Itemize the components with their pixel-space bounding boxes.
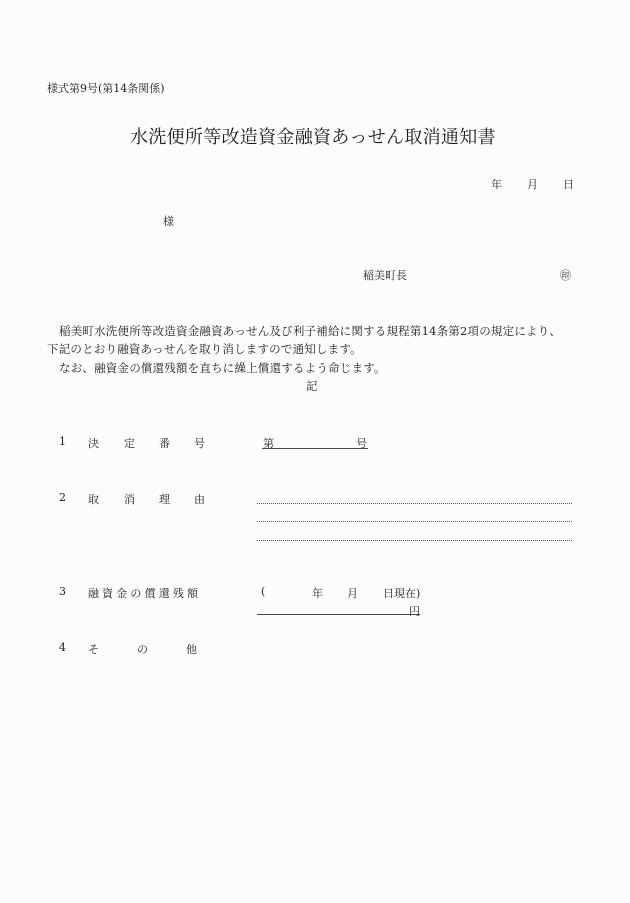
document-title: 水洗便所等改造資金融資あっせん取消通知書	[130, 123, 496, 149]
balance-label: 融 資 金 の 償 還 残 額	[88, 585, 198, 601]
label-char: 号	[194, 435, 205, 451]
label-char: 金	[116, 585, 127, 601]
decision-number-field[interactable]	[262, 448, 368, 449]
label-char: の	[130, 585, 141, 601]
label-char: 他	[186, 641, 197, 657]
label-char: 還	[159, 585, 170, 601]
label-char: 残	[173, 585, 184, 601]
label-char: 取	[88, 491, 99, 507]
label-char: 由	[194, 491, 205, 507]
body-line-1: 稲美町水洗便所等改造資金融資あっせん及び利子補給に関する規程第14条第2項の規定…	[59, 323, 561, 339]
cancel-reason-line-3[interactable]	[257, 540, 572, 541]
balance-date-day: 日現在)	[383, 585, 420, 601]
label-char: 番	[159, 435, 170, 451]
currency-unit: 円	[409, 603, 420, 619]
label-char: そ	[88, 641, 99, 657]
label-char: 融	[88, 585, 99, 601]
label-char: 消	[124, 491, 135, 507]
balance-date-month: 月	[347, 585, 358, 601]
label-char: 償	[145, 585, 156, 601]
ki-heading: 記	[306, 378, 318, 394]
label-char: の	[137, 641, 148, 657]
cancel-reason-line-1[interactable]	[257, 503, 572, 504]
body-line-3: なお、融資金の償還残額を直ちに繰上償還するよう命じます。	[59, 360, 386, 376]
label-char: 決	[88, 435, 99, 451]
date-open-paren: (	[261, 585, 265, 598]
item-number: 4	[59, 641, 66, 654]
seal-mark: ㊞	[560, 267, 571, 283]
body-line-2: 下記のとおり融資あっせんを取り消しますので通知します。	[47, 341, 362, 357]
date-year-label: 年	[491, 176, 502, 192]
cancel-reason-line-2[interactable]	[257, 521, 572, 522]
date-day-label: 日	[563, 176, 574, 192]
balance-date-year: 年	[312, 585, 323, 601]
form-number: 様式第9号(第14条関係)	[47, 80, 165, 96]
balance-amount-field[interactable]	[257, 614, 420, 615]
label-char: 資	[102, 585, 113, 601]
date-month-label: 月	[527, 176, 538, 192]
item-number: 3	[59, 585, 66, 598]
label-char: 額	[187, 585, 198, 601]
addressee-suffix: 様	[163, 213, 174, 229]
label-char: 理	[159, 491, 170, 507]
item-number: 2	[59, 491, 66, 504]
label-char: 定	[124, 435, 135, 451]
item-number: 1	[59, 435, 66, 448]
issuer-name: 稲美町長	[363, 267, 407, 283]
